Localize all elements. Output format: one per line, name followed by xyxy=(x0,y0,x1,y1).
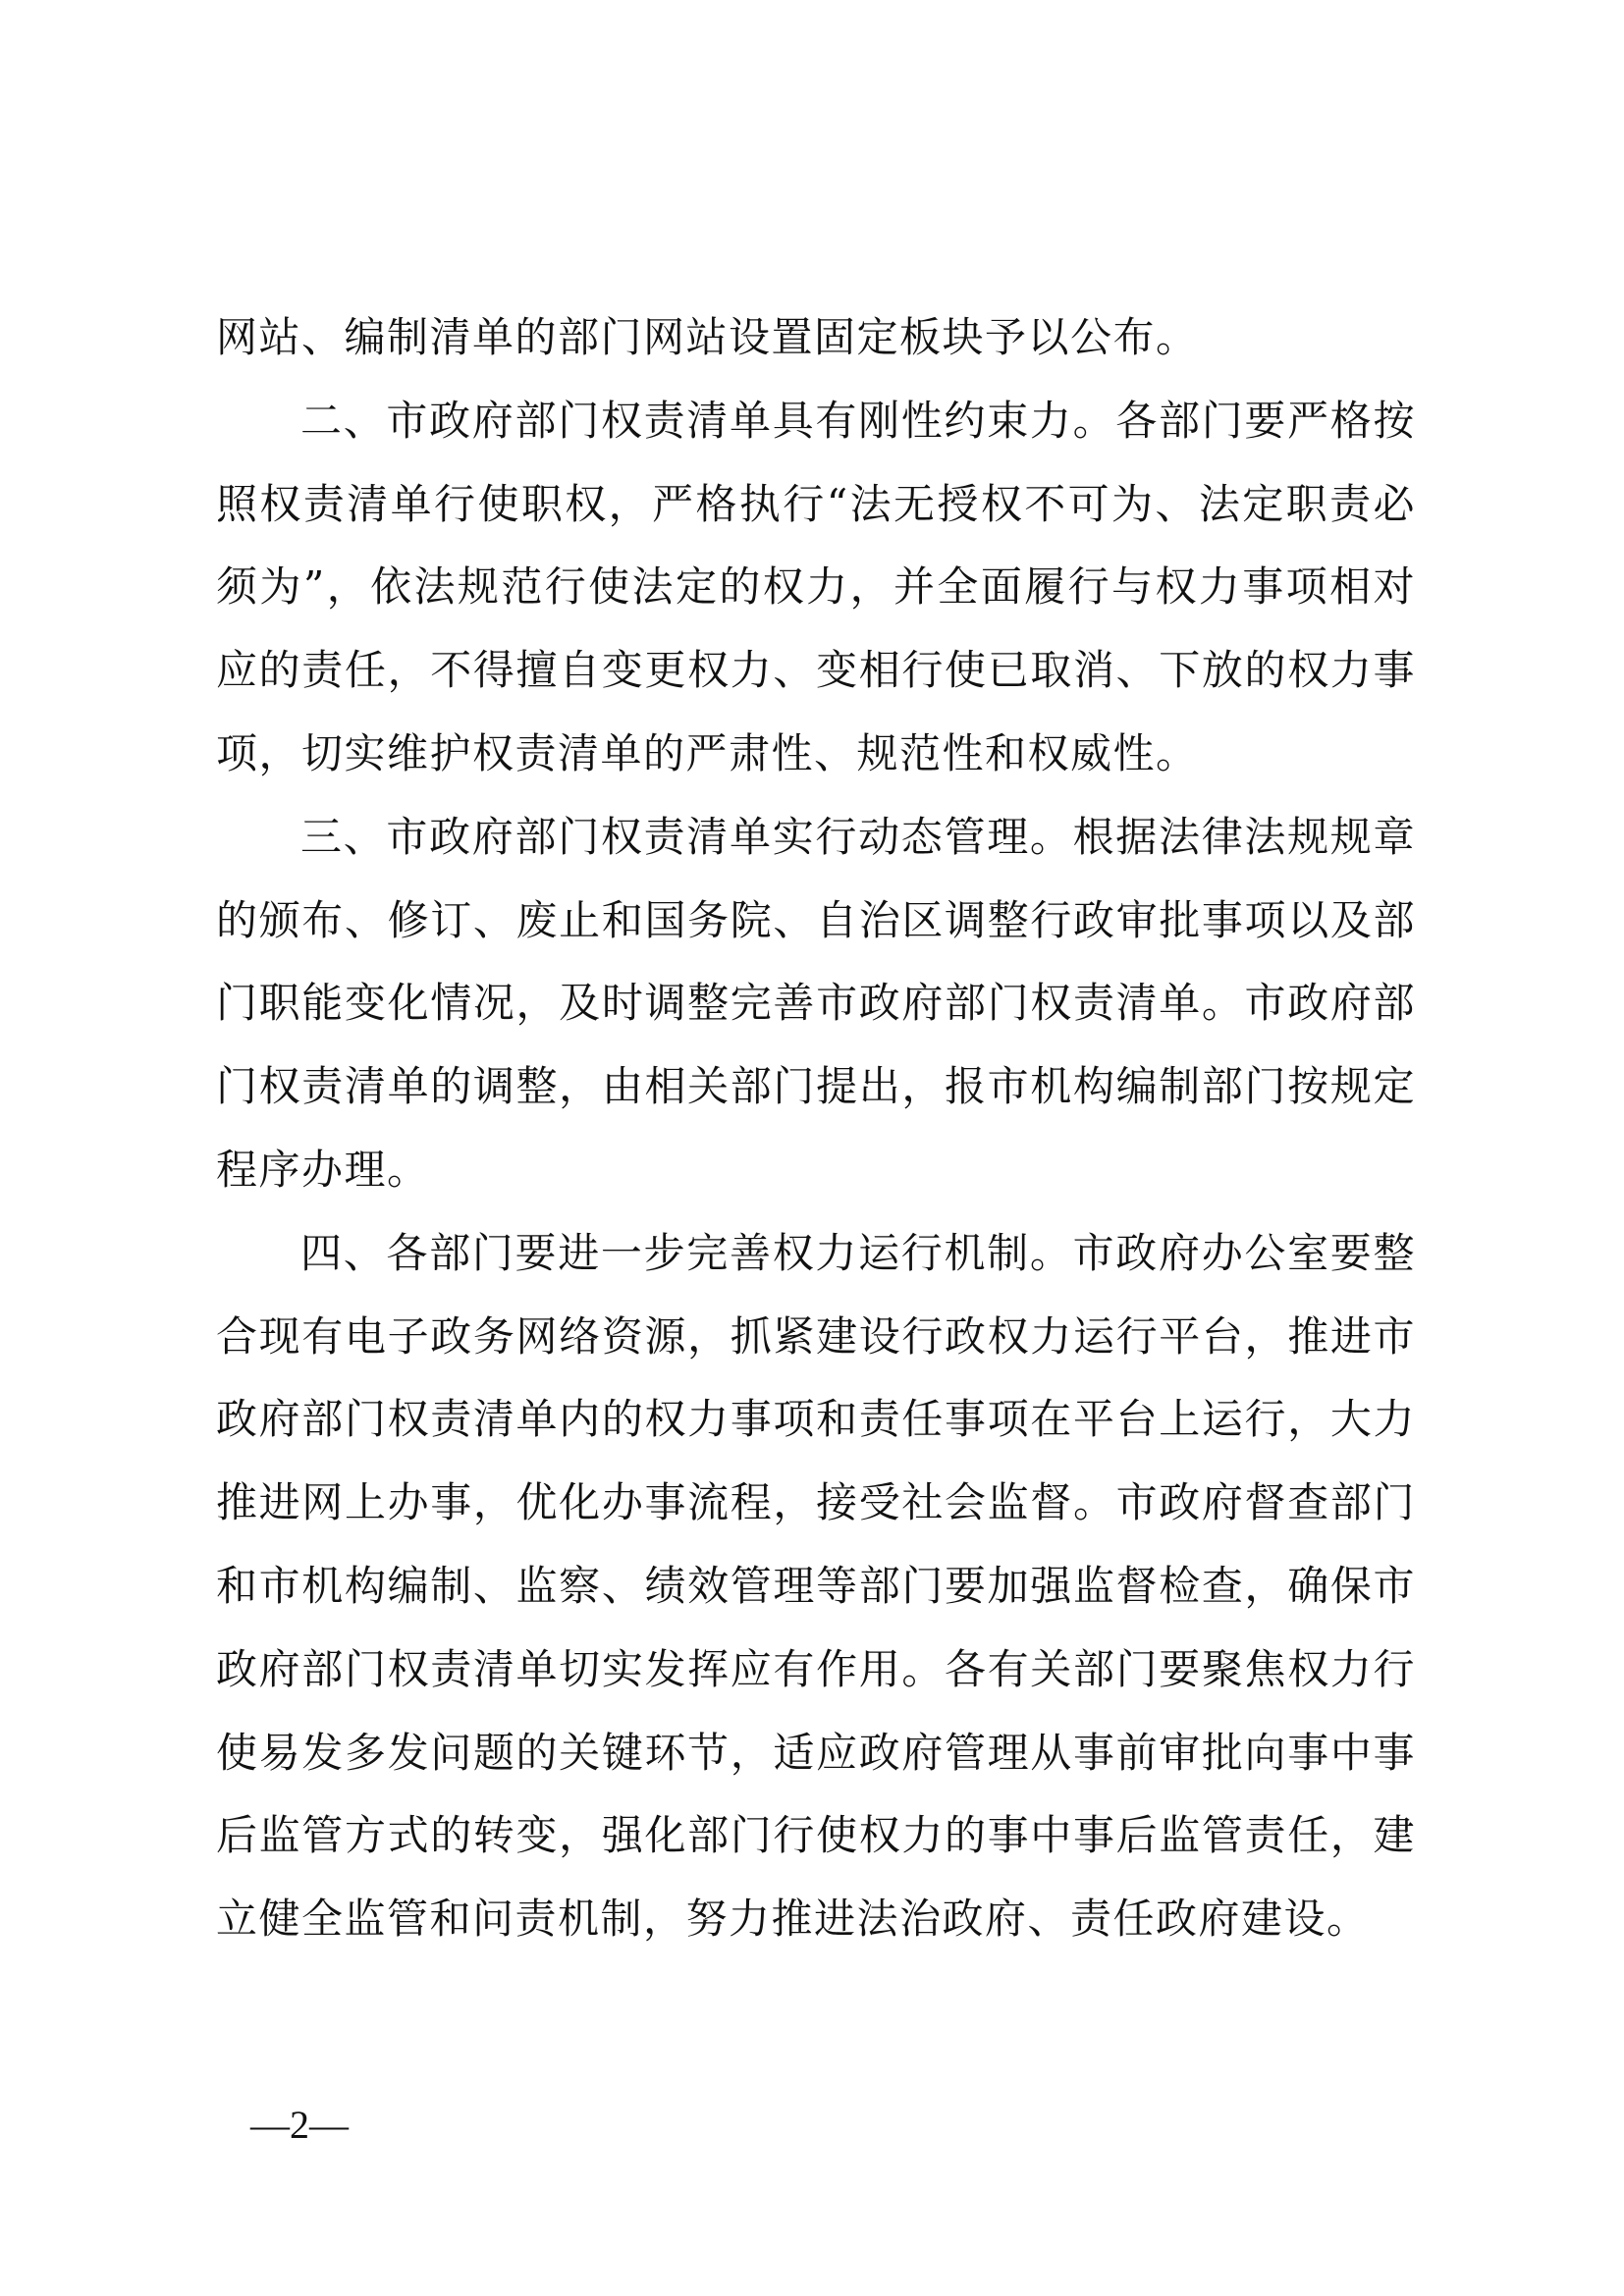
paragraph-section-4: 四、各部门要进一步完善权力运行机制。市政府办公室要整合现有电子政务网络资源，抓紧… xyxy=(216,1212,1416,1961)
paragraph-section-2: 二、市政府部门权责清单具有刚性约束力。各部门要严格按照权责清单行使职权，严格执行… xyxy=(216,380,1416,796)
page-number: —2— xyxy=(250,2101,349,2150)
paragraph-continuation: 网站、编制清单的部门网站设置固定板块予以公布。 xyxy=(216,296,1416,380)
paragraph-section-3: 三、市政府部门权责清单实行动态管理。根据法律法规规章的颁布、修订、废止和国务院、… xyxy=(216,796,1416,1212)
document-body: 网站、编制清单的部门网站设置固定板块予以公布。 二、市政府部门权责清单具有刚性约… xyxy=(216,296,1416,1961)
